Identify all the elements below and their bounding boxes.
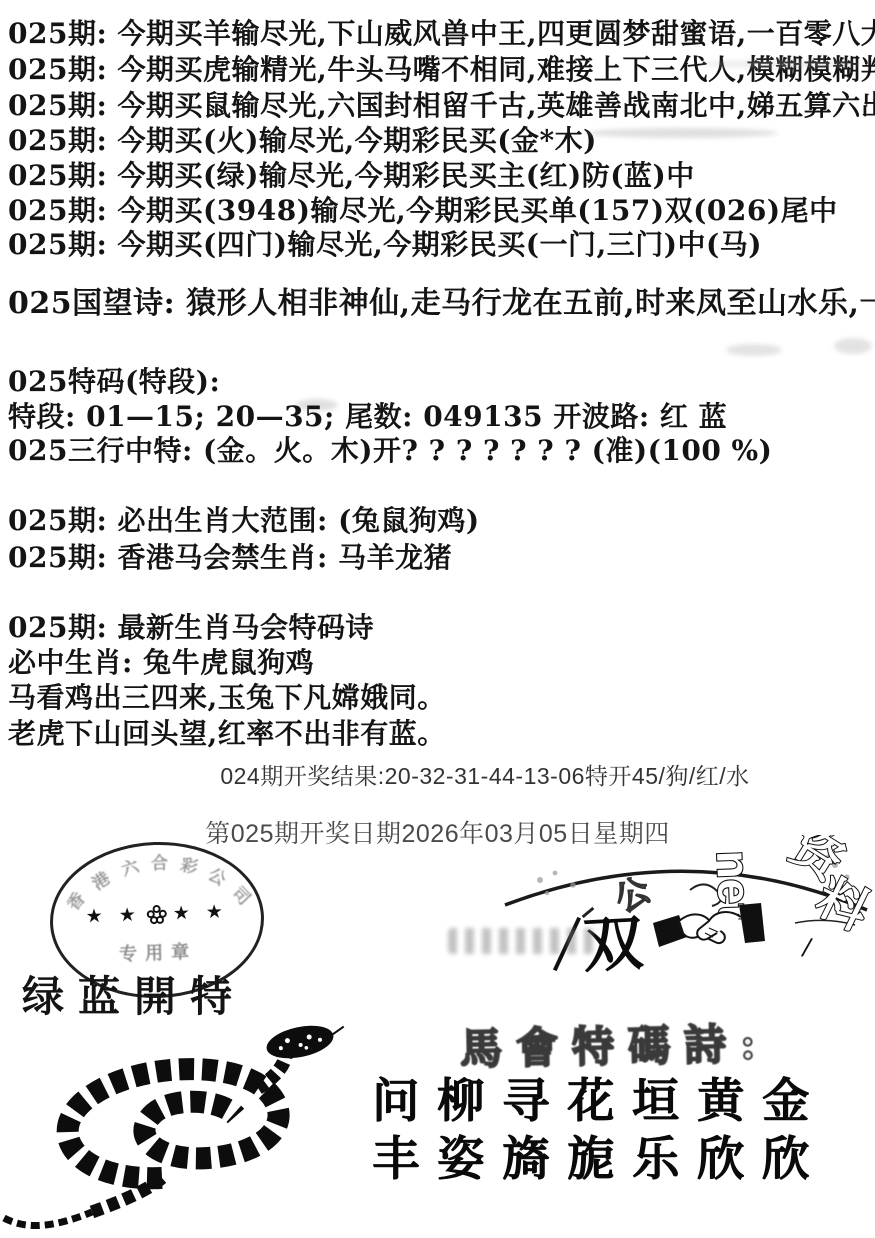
zodiac-poem-line-2: 老虎下山回头望,红率不出非有蓝。	[8, 712, 446, 752]
snake-illustration	[0, 1012, 355, 1238]
zodiac-poem-must-hit: 必中生肖: 兔牛虎鼠狗鸡	[8, 641, 314, 681]
marks-poem-line-1: 问柳寻花垣黄金	[372, 1078, 827, 1125]
scan-smudge	[834, 338, 872, 354]
scan-smudge	[700, 60, 860, 68]
tip-line-4: 025期: 今期买(火)输尽光,今期彩民买(金*木)	[8, 119, 597, 159]
zodiac-banned-line: 025期: 香港马会禁生肖: 马羊龙猪	[8, 536, 452, 576]
lottery-tip-sheet: 025期: 今期买羊输尽光,下山威风兽中王,四更圆梦甜蜜语,一百零八大圆满。 0…	[0, 0, 875, 1238]
guowang-poem-line: 025国望诗: 猿形人相非神仙,走马行龙在五前,时来凤至山水乐,一虎山出蛇上天。	[8, 278, 875, 322]
three-element-line: 025三行中特: (金。火。木)开? ? ? ? ? ? ? (准)(100 %…	[8, 429, 772, 469]
flower-emblem-icon	[144, 903, 169, 926]
marks-poem-title: 馬會特碼詩:	[460, 1011, 771, 1076]
tip-line-3: 025期: 今期买鼠输尽光,六国封相留千古,英雄善战南北中,娣五算六出奇数。	[8, 84, 875, 124]
tip-line-5: 025期: 今期买(绿)输尽光,今期彩民买主(红)防(蓝)中	[8, 154, 695, 194]
star-icon: ★ ★	[172, 901, 228, 925]
tip-line-7: 025期: 今期买(四门)输尽光,今期彩民买(一门,三门)中(马)	[8, 223, 762, 263]
tip-line-1: 025期: 今期买羊输尽光,下山威风兽中王,四更圆梦甜蜜语,一百零八大圆满。	[8, 12, 875, 52]
special-heading: 025特码(特段):	[8, 360, 220, 400]
star-icon: ★ ★	[85, 904, 141, 928]
scan-smudge	[588, 128, 778, 138]
tip-line-2: 025期: 今期买虎输精光,牛头马嘴不相同,难接上下三代人,模糊模糊判六赢。	[8, 48, 875, 88]
illegible-stamp-smudge	[448, 928, 593, 954]
zodiac-range-line: 025期: 必出生肖大范围: (兔鼠狗鸡)	[8, 499, 480, 539]
marks-poem-line-2: 丰姿旖旎乐欣欣	[372, 1136, 827, 1183]
net-data-stamp: 公 net 资 料 双 /	[495, 835, 875, 1000]
zodiac-poem-title: 025期: 最新生肖马会特码诗	[8, 606, 374, 646]
handshake-icon	[653, 897, 765, 959]
zodiac-poem-line-1: 马看鸡出三四来,玉兔下凡嫦娥同。	[8, 676, 446, 716]
snake-head	[264, 1018, 348, 1064]
previous-result-line: 024期开奖结果:20-32-31-44-13-06特开45/狗/红/水	[0, 758, 875, 791]
scan-smudge	[726, 344, 782, 356]
